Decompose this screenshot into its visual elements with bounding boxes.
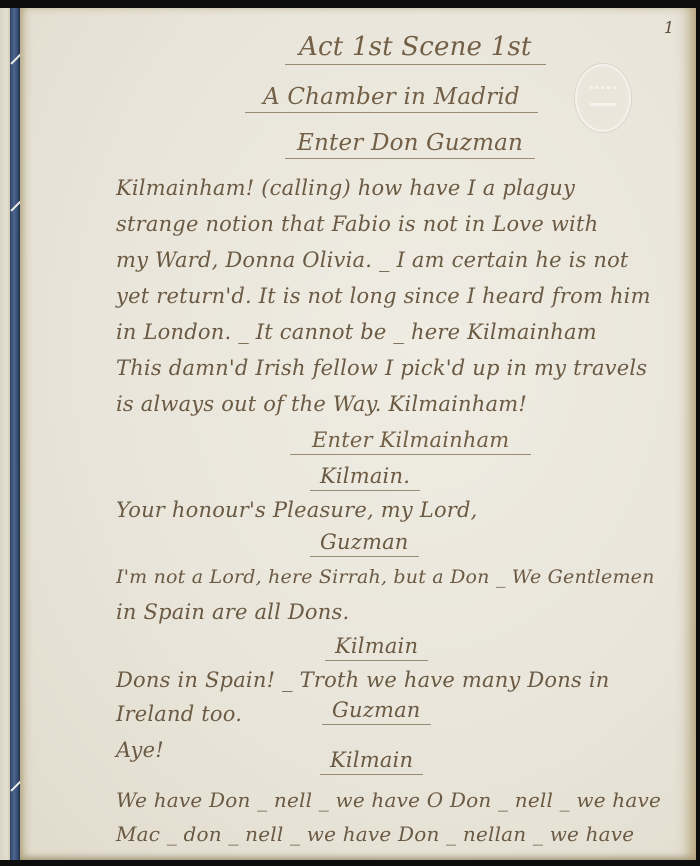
speech-line: Mac _ don _ nell _ we have Don _ nellan … [116, 822, 634, 846]
stage-direction: Enter Don Guzman [285, 130, 535, 159]
speech-line: This damn'd Irish fellow I pick'd up in … [116, 356, 647, 380]
speech-line: in London. _ It cannot be _ here Kilmain… [116, 320, 597, 344]
speech-line: I'm not a Lord, here Sirrah, but a Don _… [116, 566, 655, 588]
blue-spine-binding [10, 8, 20, 860]
speech-line: strange notion that Fabio is not in Love… [116, 212, 598, 236]
speech-line: my Ward, Donna Olivia. _ I am certain he… [116, 248, 629, 272]
speech-line: is always out of the Way. Kilmainham! [116, 392, 527, 416]
speech-line: in Spain are all Dons. [116, 600, 349, 624]
speech-line: Dons in Spain! _ Troth we have many Dons… [116, 668, 609, 692]
scene-setting: A Chamber in Madrid [245, 84, 538, 113]
speech-line: Your honour's Pleasure, my Lord, [116, 498, 478, 522]
speaker-name: Kilmain [320, 748, 423, 775]
speech-line: yet return'd. It is not long since I hea… [116, 284, 651, 308]
embossed-crown-seal-icon [575, 64, 631, 132]
speech-line: We have Don _ nell _ we have O Don _ nel… [116, 788, 661, 812]
speech-line: Aye! [116, 738, 164, 762]
speaker-name: Kilmain. [310, 464, 420, 491]
stage-direction: Enter Kilmainham [290, 428, 531, 455]
speech-line: Ireland too. [116, 702, 242, 726]
speaker-name: Guzman [322, 698, 431, 725]
binding-flap [0, 8, 10, 860]
speech-line: Kilmainham! (calling) how have I a plagu… [116, 176, 575, 200]
speaker-name: Kilmain [325, 634, 428, 661]
crown-icon [590, 86, 616, 106]
manuscript-page: 1 Act 1st Scene 1st A Chamber in Madrid … [20, 8, 696, 860]
page-number: 1 [664, 18, 674, 37]
speaker-name: Guzman [310, 530, 419, 557]
act-scene-heading: Act 1st Scene 1st [285, 32, 546, 65]
